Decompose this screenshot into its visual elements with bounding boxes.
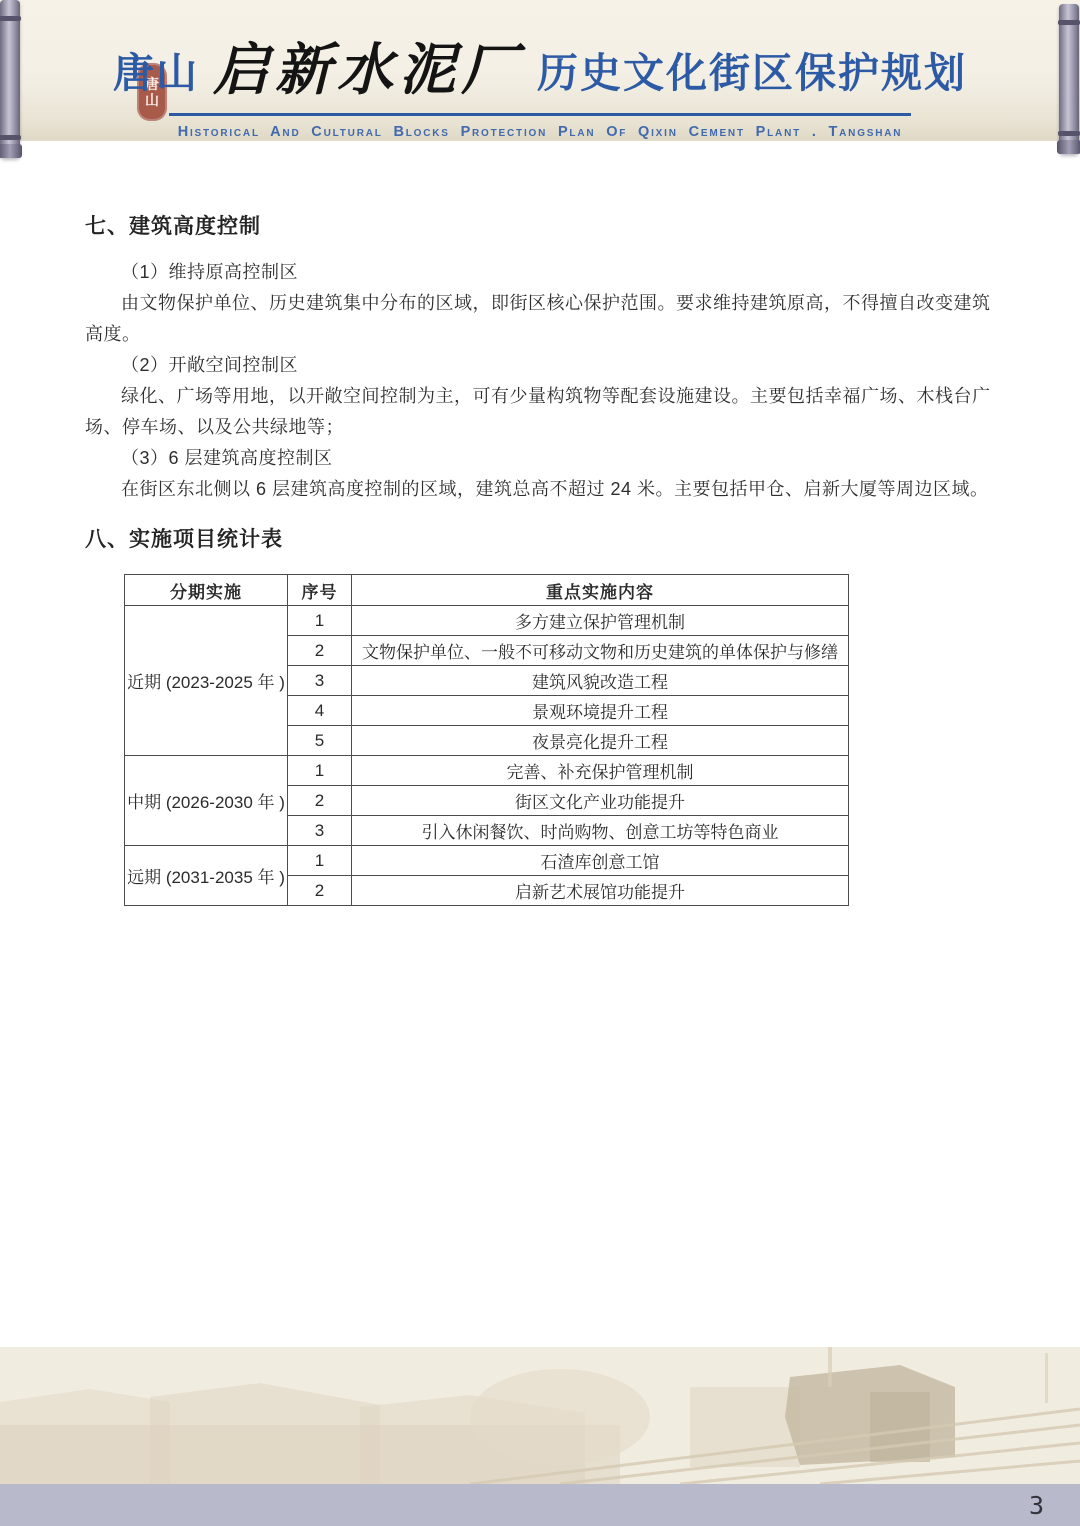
section7-paragraph: 在街区东北侧以 6 层建筑高度控制的区域，建筑总高不超过 24 米。主要包括甲仓…	[85, 474, 1002, 505]
table-head: 分期实施 序号 重点实施内容	[125, 575, 849, 606]
seq-cell: 1	[288, 756, 352, 786]
seq-cell: 2	[288, 876, 352, 906]
title-prefix: 唐山	[113, 40, 199, 99]
section7-paragraph: 绿化、广场等用地，以开敞空间控制为主，可有少量构筑物等配套设施建设。主要包括幸福…	[85, 381, 1002, 443]
content-cell: 建筑风貌改造工程	[352, 666, 849, 696]
period-cell: 远期 (2031-2035 年 )	[125, 846, 288, 906]
period-cell: 中期 (2026-2030 年 )	[125, 756, 288, 846]
seq-cell: 2	[288, 636, 352, 666]
content-cell: 文物保护单位、一般不可移动文物和历史建筑的单体保护与修缮	[352, 636, 849, 666]
scroll-rod-left-icon	[0, 0, 20, 158]
section7-paragraph: （2）开敞空间控制区	[85, 350, 1002, 381]
section8-heading: 八、实施项目统计表	[85, 526, 1002, 554]
table-body: 近期 (2023-2025 年 )1多方建立保护管理机制2文物保护单位、一般不可…	[125, 606, 849, 906]
content-cell: 引入休闲餐饮、时尚购物、创意工坊等特色商业	[352, 816, 849, 846]
section7-paragraph: （3）6 层建筑高度控制区	[85, 443, 1002, 474]
table-header-row: 分期实施 序号 重点实施内容	[125, 575, 849, 606]
seq-cell: 3	[288, 816, 352, 846]
table-row: 远期 (2031-2035 年 )1石渣库创意工馆	[125, 846, 849, 876]
content-cell: 完善、补充保护管理机制	[352, 756, 849, 786]
col-header-period: 分期实施	[125, 575, 288, 606]
content-cell: 夜景亮化提升工程	[352, 726, 849, 756]
title-suffix: 历史文化街区保护规划	[537, 40, 967, 99]
content-cell: 街区文化产业功能提升	[352, 786, 849, 816]
seq-cell: 2	[288, 786, 352, 816]
col-header-content: 重点实施内容	[352, 575, 849, 606]
header-title-block: 唐山 启新水泥厂 历史文化街区保护规划 Historical And Cultu…	[60, 24, 1020, 140]
document-content: 七、建筑高度控制 （1）维持原高控制区 由文物保护单位、历史建筑集中分布的区域，…	[85, 213, 1002, 906]
table-row: 近期 (2023-2025 年 )1多方建立保护管理机制	[125, 606, 849, 636]
section7-heading: 七、建筑高度控制	[85, 213, 1002, 241]
railway-photo-strip	[0, 1347, 1080, 1484]
implementation-table: 分期实施 序号 重点实施内容 近期 (2023-2025 年 )1多方建立保护管…	[124, 574, 849, 906]
content-cell: 景观环境提升工程	[352, 696, 849, 726]
implementation-table-wrap: 分期实施 序号 重点实施内容 近期 (2023-2025 年 )1多方建立保护管…	[124, 574, 1002, 906]
period-cell: 近期 (2023-2025 年 )	[125, 606, 288, 756]
title-divider-rule	[169, 113, 911, 116]
seq-cell: 5	[288, 726, 352, 756]
seq-cell: 1	[288, 846, 352, 876]
content-cell: 多方建立保护管理机制	[352, 606, 849, 636]
scroll-rod-right-icon	[1059, 4, 1079, 154]
header-band: 唐 山 唐山 启新水泥厂 历史文化街区保护规划 Historical And C…	[0, 0, 1080, 141]
title-calligraphy: 启新水泥厂	[213, 26, 523, 106]
section7-paragraph: 由文物保护单位、历史建筑集中分布的区域，即街区核心保护范围。要求维持建筑原高，不…	[85, 288, 1002, 350]
footer-bar: 3	[0, 1484, 1080, 1526]
page-title: 唐山 启新水泥厂 历史文化街区保护规划	[113, 24, 967, 104]
content-cell: 石渣库创意工馆	[352, 846, 849, 876]
seq-cell: 3	[288, 666, 352, 696]
seq-cell: 1	[288, 606, 352, 636]
subtitle-english: Historical And Cultural Blocks Protectio…	[178, 124, 903, 140]
section7-paragraph: （1）维持原高控制区	[85, 257, 1002, 288]
col-header-seq: 序号	[288, 575, 352, 606]
page-number: 3	[1029, 1491, 1044, 1520]
seq-cell: 4	[288, 696, 352, 726]
table-row: 中期 (2026-2030 年 )1完善、补充保护管理机制	[125, 756, 849, 786]
content-cell: 启新艺术展馆功能提升	[352, 876, 849, 906]
